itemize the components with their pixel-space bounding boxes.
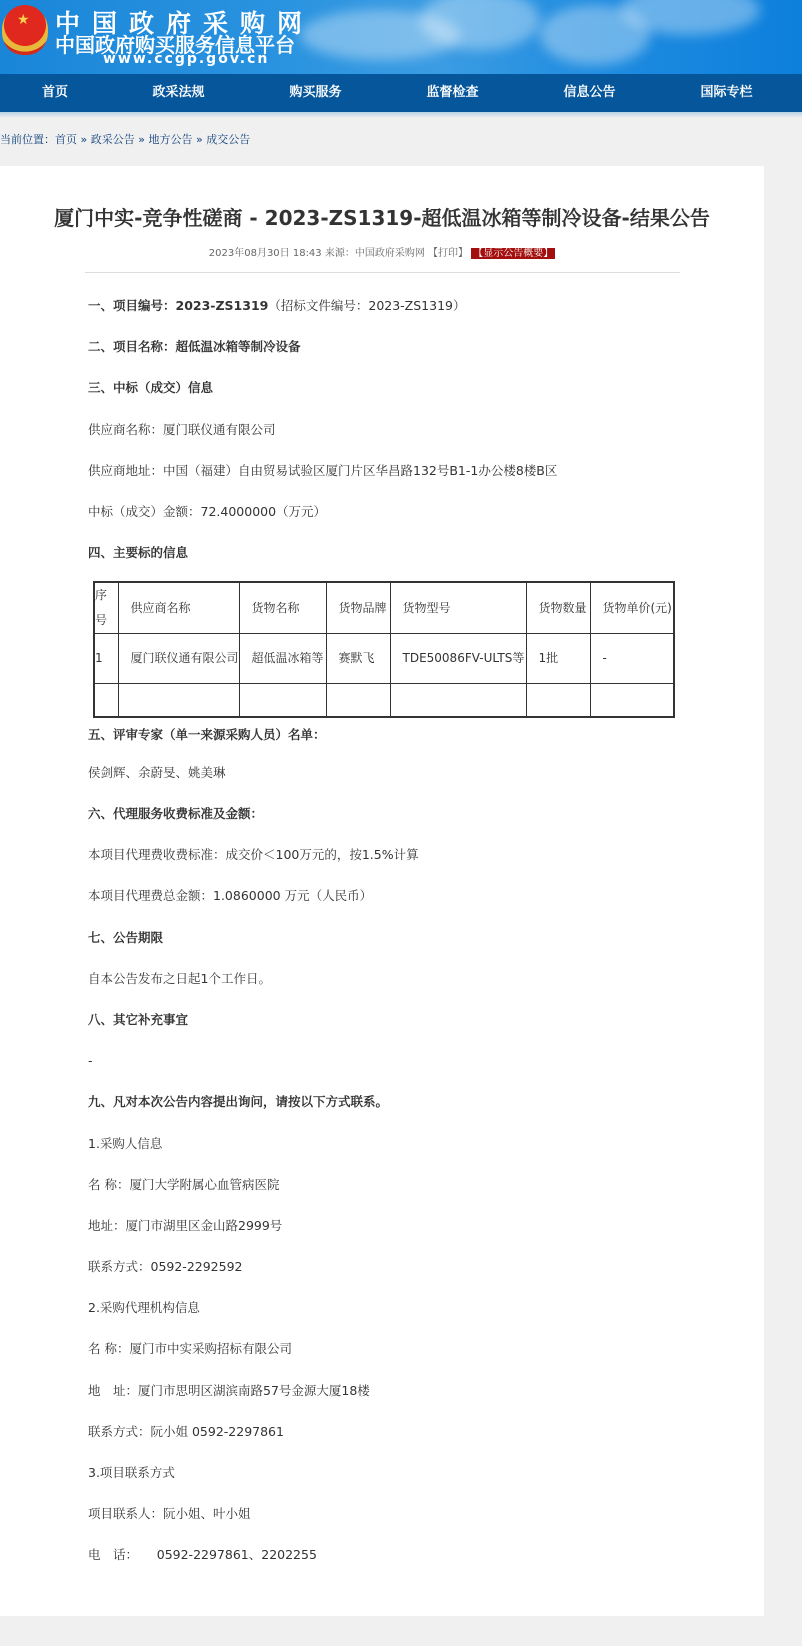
breadcrumb-separator: » bbox=[138, 133, 145, 146]
national-emblem-icon: ★ bbox=[2, 5, 48, 55]
cell-goods-name: 超低温冰箱等 bbox=[239, 634, 326, 684]
cell-supplier: 厦门联仪通有限公司 bbox=[118, 634, 239, 684]
section-award-heading: 三、中标（成交）信息 bbox=[88, 367, 684, 408]
agency-contact: 联系方式：阮小姐 0592-2297861 bbox=[88, 1411, 684, 1452]
fee-total: 本项目代理费总金额：1.0860000 万元（人民币） bbox=[88, 875, 684, 916]
cell-index: 1 bbox=[94, 634, 118, 684]
cell-model: TDE50086FV-ULTS等 bbox=[390, 634, 526, 684]
source-value: 中国政府采购网 bbox=[355, 248, 425, 259]
cell-quantity: 1批 bbox=[526, 634, 590, 684]
section-items-heading: 四、主要标的信息 bbox=[88, 532, 684, 573]
site-header: ★ 中国政府采购网 中国政府购买服务信息平台 www.ccgp.gov.cn bbox=[0, 0, 802, 74]
breadcrumb-deal-announcements[interactable]: 成交公告 bbox=[206, 133, 250, 146]
header-goods-name: 货物名称 bbox=[239, 582, 326, 634]
show-summary-button[interactable]: 【显示公告概要】 bbox=[471, 248, 555, 259]
section-project-name: 二、项目名称：超低温冰箱等制冷设备 bbox=[88, 326, 684, 367]
cell-unit-price: - bbox=[590, 634, 674, 684]
breadcrumb-gov-announcements[interactable]: 政采公告 bbox=[91, 133, 135, 146]
cell-brand: 赛默飞 bbox=[326, 634, 390, 684]
buyer-name: 名 称：厦门大学附属心血管病医院 bbox=[88, 1164, 684, 1205]
announcement-period: 自本公告发布之日起1个工作日。 bbox=[88, 958, 684, 999]
buyer-address: 地址：厦门市湖里区金山路2999号 bbox=[88, 1205, 684, 1246]
project-phone: 电 话： 0592-2297861、2202255 bbox=[88, 1534, 684, 1575]
header-unit-price: 货物单价(元) bbox=[590, 582, 674, 634]
section-contact-heading: 九、凡对本次公告内容提出询问，请按以下方式联系。 bbox=[88, 1081, 684, 1122]
experts-list: 侯剑辉、余蔚旻、姚美琳 bbox=[88, 752, 684, 793]
section-experts-heading: 五、评审专家（单一来源采购人员）名单： bbox=[88, 718, 684, 752]
title-divider bbox=[85, 272, 680, 273]
agency-heading: 2.采购代理机构信息 bbox=[88, 1287, 684, 1328]
buyer-contact: 联系方式：0592-2292592 bbox=[88, 1246, 684, 1287]
table-row: 1 厦门联仪通有限公司 超低温冰箱等 赛默飞 TDE50086FV-ULTS等 … bbox=[94, 634, 674, 684]
header-index: 序号 bbox=[94, 582, 118, 634]
agency-name: 名 称：厦门市中实采购招标有限公司 bbox=[88, 1328, 684, 1369]
source-label: 来源： bbox=[325, 248, 355, 259]
article-meta: 2023年08月30日 18:43 来源：中国政府采购网 【打印】 【显示公告概… bbox=[0, 244, 764, 259]
fee-standard: 本项目代理费收费标准：成交价＜100万元的，按1.5%计算 bbox=[88, 834, 684, 875]
main-nav: 首页 政采法规 购买服务 监督检查 信息公告 国际专栏 bbox=[0, 74, 802, 112]
nav-regulations[interactable]: 政采法规 bbox=[110, 74, 247, 112]
other-matters: - bbox=[88, 1040, 684, 1081]
section-other-heading: 八、其它补充事宜 bbox=[88, 999, 684, 1040]
section-fee-heading: 六、代理服务收费标准及金额： bbox=[88, 793, 684, 834]
breadcrumb-prefix: 当前位置： bbox=[0, 133, 55, 146]
nav-home[interactable]: 首页 bbox=[0, 74, 110, 112]
supplier-name: 供应商名称：厦门联仪通有限公司 bbox=[88, 409, 684, 450]
table-header-row: 序号 供应商名称 货物名称 货物品牌 货物型号 货物数量 货物单价(元) bbox=[94, 582, 674, 634]
header-brand: 货物品牌 bbox=[326, 582, 390, 634]
breadcrumb-separator: » bbox=[196, 133, 203, 146]
breadcrumb-separator: » bbox=[81, 133, 88, 146]
supplier-address: 供应商地址：中国（福建）自由贸易试验区厦门片区华昌路132号B1-1办公楼8楼B… bbox=[88, 450, 684, 491]
nav-international[interactable]: 国际专栏 bbox=[658, 74, 795, 112]
header-model: 货物型号 bbox=[390, 582, 526, 634]
breadcrumb-local-announcements[interactable]: 地方公告 bbox=[148, 133, 192, 146]
project-contact-person: 项目联系人：阮小姐、叶小姐 bbox=[88, 1493, 684, 1534]
breadcrumb: 当前位置：首页 » 政采公告 » 地方公告 » 成交公告 bbox=[0, 118, 802, 158]
publish-date: 2023年08月30日 18:43 bbox=[209, 248, 322, 259]
article-body: 一、项目编号：2023-ZS1319（招标文件编号：2023-ZS1319） 二… bbox=[0, 285, 764, 1576]
table-row-empty bbox=[94, 684, 674, 717]
print-button[interactable]: 【打印】 bbox=[428, 248, 468, 259]
nav-supervision[interactable]: 监督检查 bbox=[384, 74, 521, 112]
project-contact-heading: 3.项目联系方式 bbox=[88, 1452, 684, 1493]
header-quantity: 货物数量 bbox=[526, 582, 590, 634]
header-supplier: 供应商名称 bbox=[118, 582, 239, 634]
agency-address: 地 址：厦门市思明区湖滨南路57号金源大厦18楼 bbox=[88, 1370, 684, 1411]
nav-purchase-services[interactable]: 购买服务 bbox=[247, 74, 384, 112]
site-url: www.ccgp.gov.cn bbox=[103, 51, 269, 67]
items-table: 序号 供应商名称 货物名称 货物品牌 货物型号 货物数量 货物单价(元) 1 厦… bbox=[93, 581, 675, 718]
article-title: 厦门中实-竞争性磋商 - 2023-ZS1319-超低温冰箱等制冷设备-结果公告 bbox=[0, 166, 764, 232]
nav-announcements[interactable]: 信息公告 bbox=[521, 74, 658, 112]
breadcrumb-home[interactable]: 首页 bbox=[55, 133, 77, 146]
award-amount: 中标（成交）金额：72.4000000（万元） bbox=[88, 491, 684, 532]
article-container: 厦门中实-竞争性磋商 - 2023-ZS1319-超低温冰箱等制冷设备-结果公告… bbox=[0, 166, 764, 1616]
section-project-number: 一、项目编号：2023-ZS1319（招标文件编号：2023-ZS1319） bbox=[88, 285, 684, 326]
buyer-heading: 1.采购人信息 bbox=[88, 1123, 684, 1164]
section-period-heading: 七、公告期限 bbox=[88, 917, 684, 958]
